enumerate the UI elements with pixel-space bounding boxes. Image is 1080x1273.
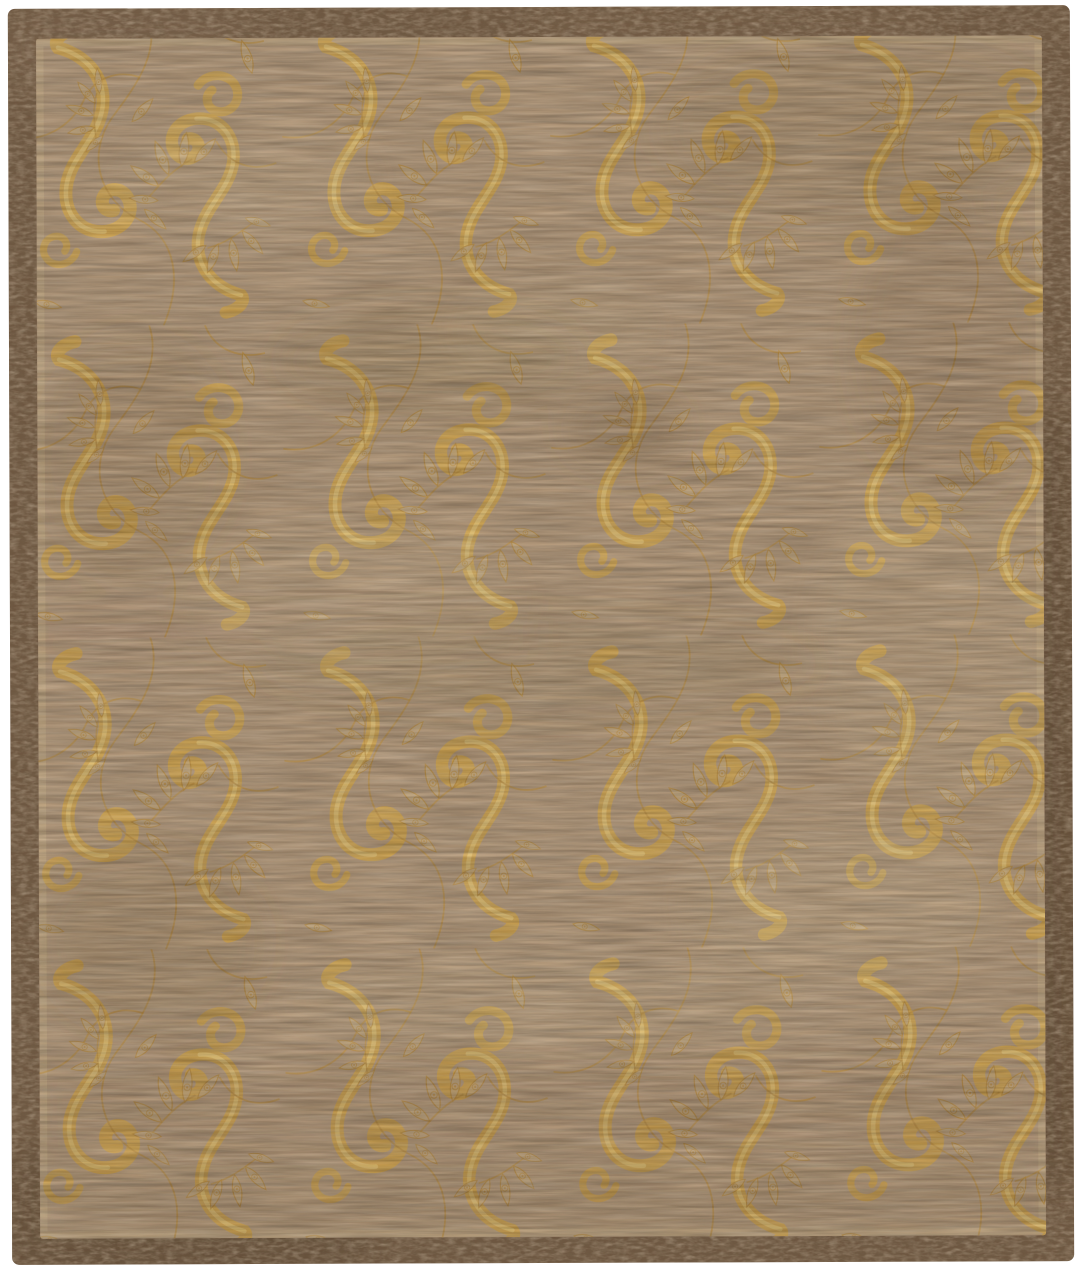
rug-illustration [0,0,1080,1273]
rug [0,0,1080,1272]
rug-photo [0,0,1080,1273]
field-grain-light [36,35,1046,1239]
